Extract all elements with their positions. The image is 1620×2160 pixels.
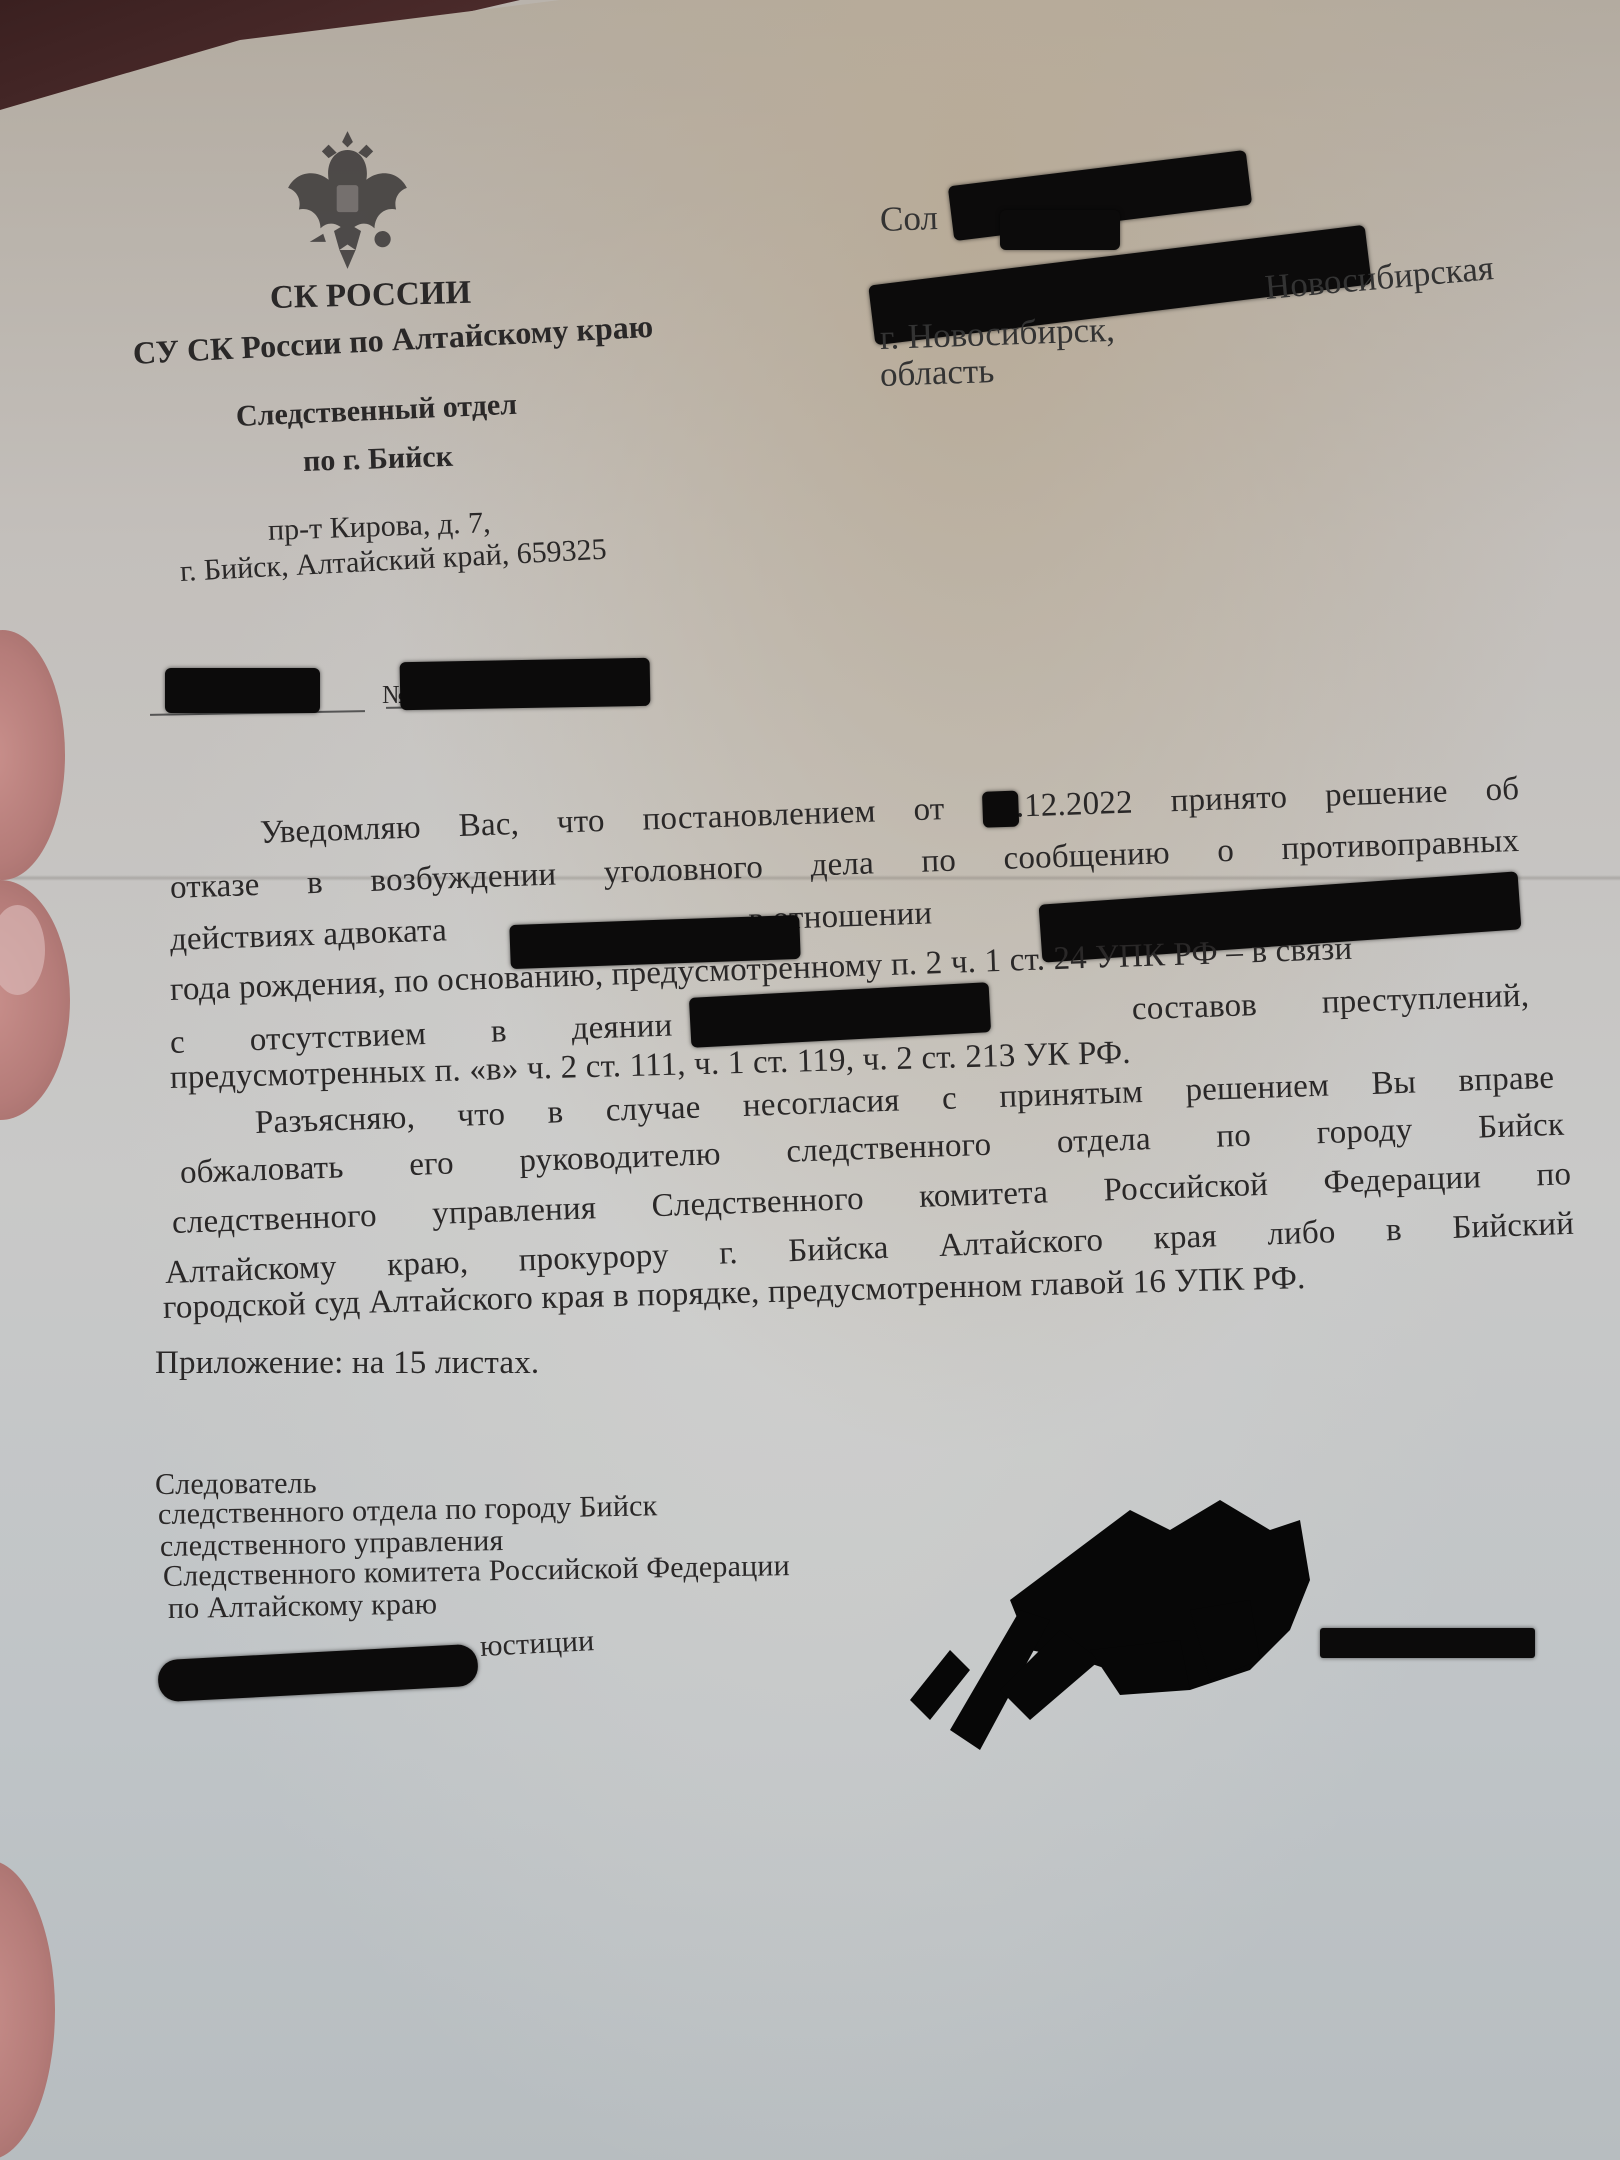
word: возбуждении	[370, 857, 557, 900]
document: СК РОССИИ СУ СК России по Алтайскому кра…	[0, 0, 1620, 2160]
ref-date-redaction	[165, 668, 320, 713]
surname-redaction	[1320, 1628, 1535, 1658]
word: отдела	[1056, 1121, 1151, 1161]
date-day-redaction	[982, 791, 1019, 828]
word: отсутствием	[249, 1016, 427, 1059]
word: Разъясняю,	[254, 1099, 415, 1142]
signer-region: по Алтайскому краю	[168, 1587, 438, 1626]
word: с	[941, 1080, 957, 1117]
recipient-region-end: область	[879, 351, 995, 395]
word: принятым	[999, 1074, 1144, 1116]
word: о	[1217, 833, 1235, 871]
org-subdivision: СУ СК России по Алтайскому краю	[132, 308, 654, 372]
word: случае	[605, 1089, 701, 1129]
word: от	[913, 791, 945, 829]
word: г.	[719, 1235, 739, 1273]
word: в	[490, 1013, 507, 1051]
word: что	[556, 803, 605, 842]
word: в	[547, 1094, 564, 1132]
word: по	[921, 843, 957, 881]
attachment-note: Приложение: на 15 листах.	[155, 1345, 539, 1382]
russian-coat-of-arms-icon	[280, 125, 415, 275]
word: принято	[1170, 779, 1288, 820]
word: Бийска	[788, 1230, 890, 1270]
word: по	[1216, 1118, 1252, 1156]
word: деянии	[571, 1007, 673, 1047]
word: постановлением	[642, 794, 876, 839]
org-name: СК РОССИИ	[270, 275, 472, 317]
rank-tail: юстиции	[479, 1624, 595, 1664]
department-city: по г. Бийск	[302, 440, 453, 479]
word: Федерации	[1323, 1159, 1482, 1201]
word: действиях адвоката	[169, 912, 447, 958]
word: следственного	[786, 1127, 992, 1171]
word: Уведомляю	[259, 809, 421, 852]
word: городу	[1316, 1112, 1413, 1152]
word: вправе	[1458, 1060, 1555, 1100]
word: в	[1385, 1212, 1402, 1250]
word: края	[1153, 1218, 1217, 1257]
word: следственного	[171, 1198, 377, 1242]
word: составов	[1131, 987, 1257, 1028]
ref-number-redaction	[400, 658, 651, 710]
word: прокурору	[518, 1237, 669, 1279]
recipient-name-start: Сол	[879, 198, 938, 240]
word: решение	[1324, 774, 1448, 815]
word: сообщению	[1003, 835, 1170, 878]
word: обжаловать	[179, 1149, 344, 1192]
word: Алтайского	[938, 1222, 1103, 1265]
word: с	[169, 1024, 185, 1061]
word: Бийский	[1452, 1206, 1575, 1247]
word: Следственного	[651, 1181, 864, 1225]
word: в	[306, 865, 323, 903]
word: дела	[810, 845, 875, 884]
recipient-city: г. Новосибирск,	[879, 310, 1115, 358]
word: его	[409, 1145, 455, 1184]
word: преступлений,	[1321, 978, 1530, 1022]
word: руководителю	[519, 1136, 722, 1180]
word: отказе	[169, 867, 260, 907]
word: уголовного	[603, 849, 763, 892]
rank-redaction	[157, 1644, 479, 1703]
word: Бийск	[1478, 1107, 1565, 1147]
department-name: Следственный отдел	[235, 388, 517, 434]
recipient-name-redaction-2	[1000, 210, 1120, 250]
word: либо	[1267, 1214, 1336, 1253]
word: Вы	[1371, 1064, 1417, 1103]
word: комитета	[919, 1174, 1049, 1215]
word: что	[457, 1096, 506, 1135]
word: решением	[1185, 1068, 1330, 1110]
word: об	[1485, 771, 1520, 809]
word: несогласия	[742, 1083, 900, 1125]
word: краю,	[387, 1244, 469, 1284]
name-redaction	[689, 982, 991, 1048]
word: управления	[432, 1190, 597, 1233]
decision-date: 00.12.2022	[982, 785, 1134, 827]
word: Вас,	[458, 806, 520, 845]
word: по	[1536, 1156, 1572, 1194]
word: противоправных	[1281, 823, 1520, 868]
word: Российской	[1103, 1167, 1269, 1210]
